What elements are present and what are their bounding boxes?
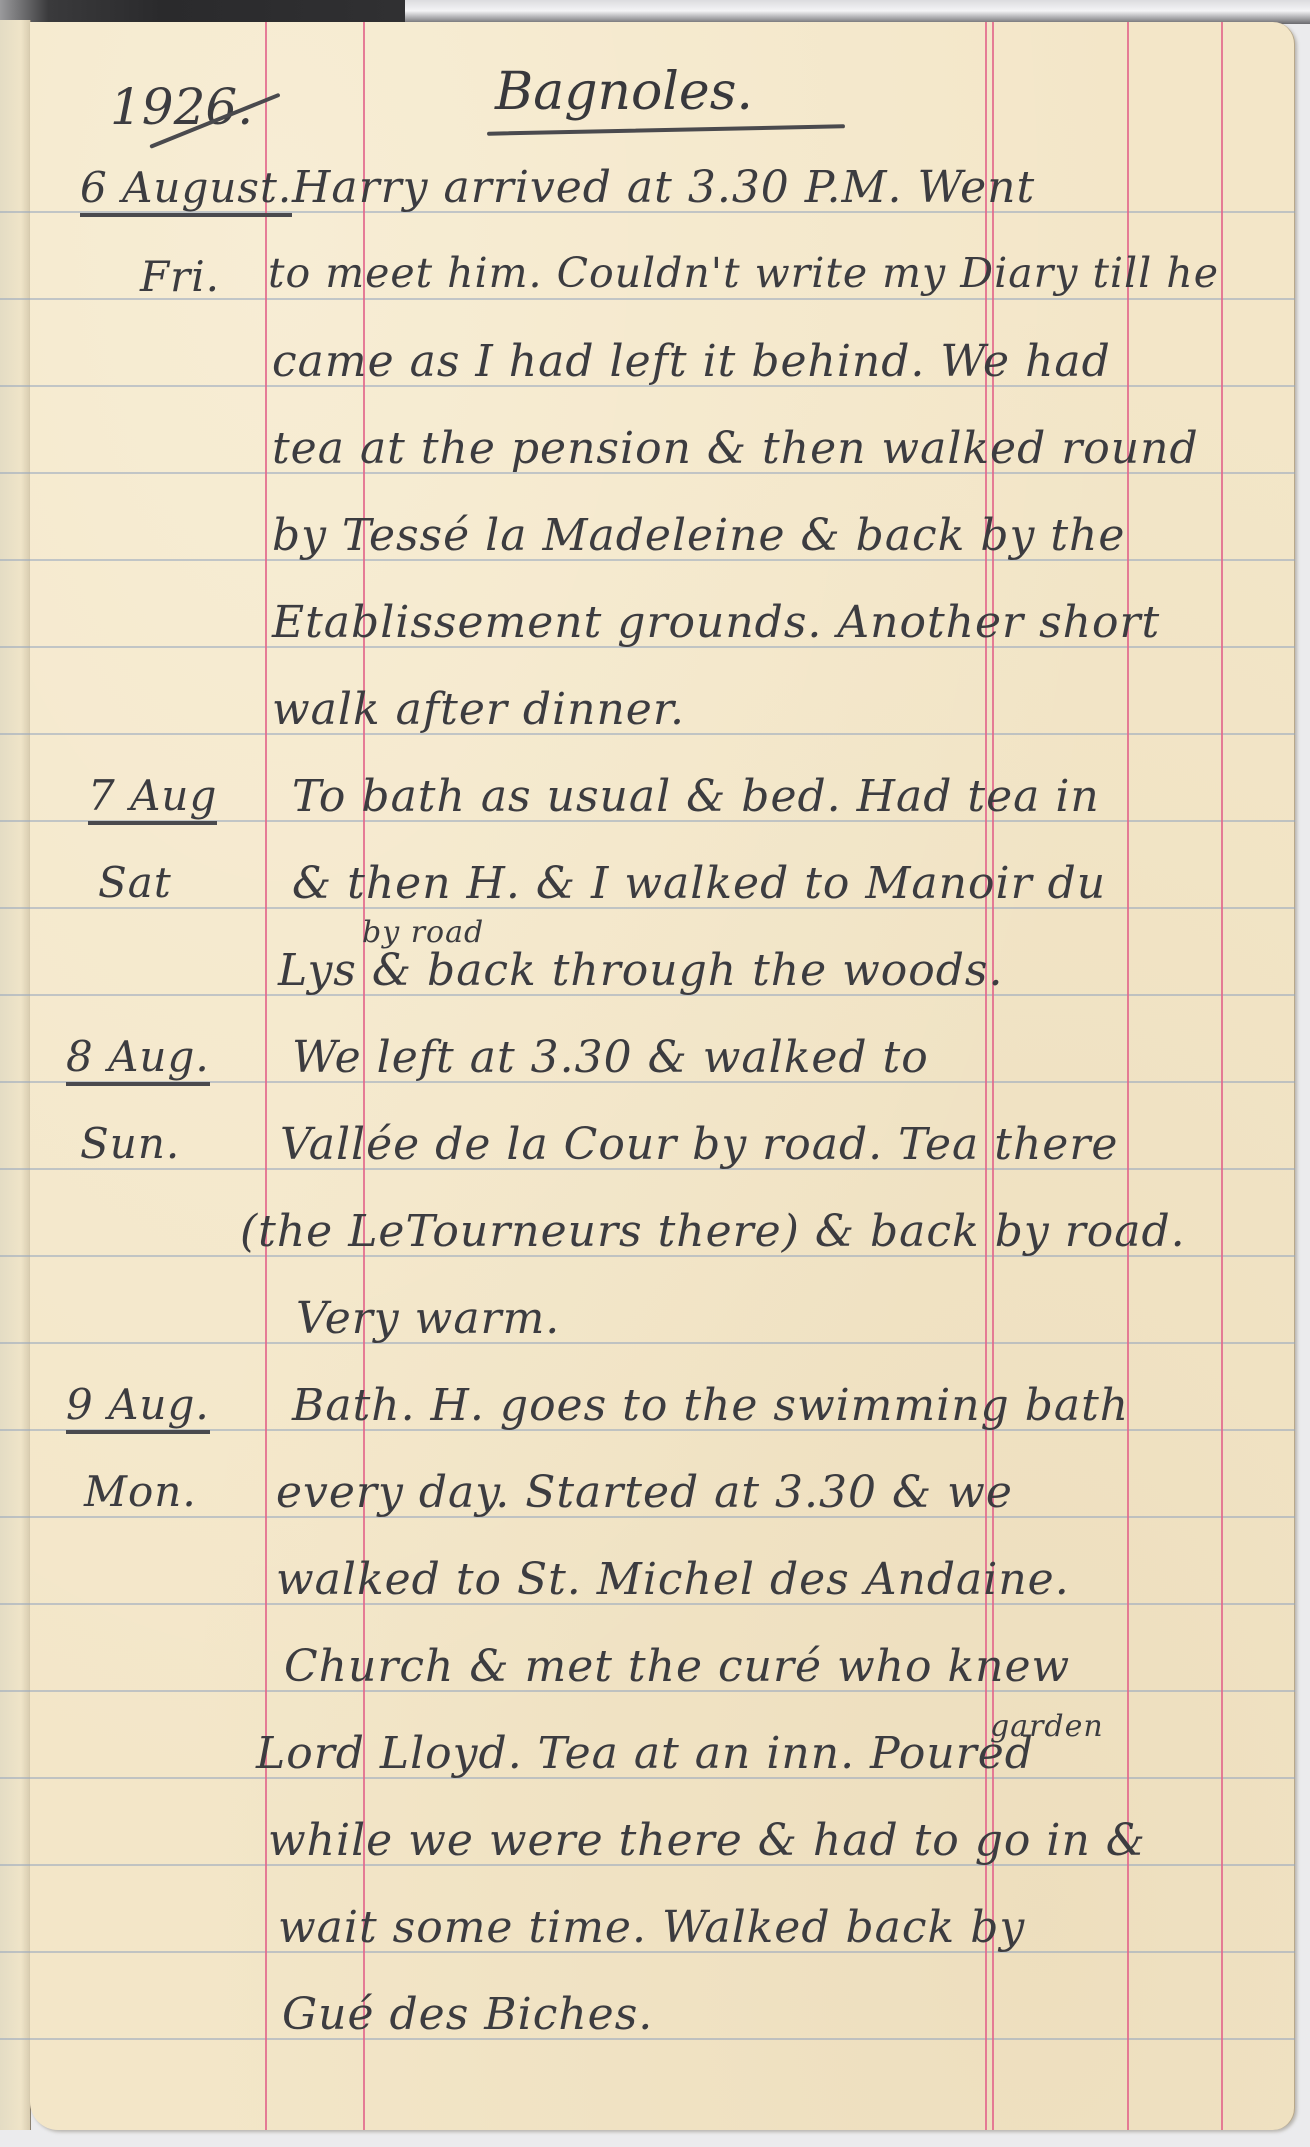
entry-day: Fri. [140,256,220,298]
facing-page-edge [0,20,31,2130]
entry-line: We left at 3.30 & walked to [292,1036,929,1080]
interlinear-insertion: garden [990,1712,1104,1742]
entry-day: Mon. [84,1471,197,1513]
entry-line: walked to St. Michel des Andaine. [276,1558,1070,1602]
entry-line: Gué des Biches. [282,1993,653,2037]
background-shadow-dark [0,0,405,24]
entry-line: tea at the pension & then walked round [272,427,1199,471]
entry-date: 9 Aug. [66,1384,210,1434]
entry-line: To bath as usual & bed. Had tea in [292,775,1100,819]
entry-line: every day. Started at 3.30 & we [276,1471,1013,1515]
margin-rule-right-b [1221,22,1223,2130]
entry-line: Vallée de la Cour by road. Tea there [280,1123,1118,1167]
entry-day: Sat [98,862,172,904]
background-shadow-light [405,0,1310,24]
rule-line [0,1342,1295,1344]
entry-line: to meet him. Couldn't write my Diary til… [268,253,1219,294]
entry-date: 8 Aug. [66,1036,210,1086]
entry-line: Lord Lloyd. Tea at an inn. Poured [256,1732,1034,1776]
entry-line: (the LeTourneurs there) & back by road. [240,1210,1186,1254]
entry-line: came as I had left it behind. We had [272,340,1111,384]
entry-line: while we were there & had to go in & [268,1819,1146,1863]
interlinear-insertion: by road [362,918,484,948]
entry-line: by Tessé la Madeleine & back by the [272,514,1125,558]
margin-rule-right-a [1127,22,1129,2130]
entry-line: walk after dinner. [272,688,685,732]
entry-line: wait some time. Walked back by [278,1906,1025,1950]
year-heading: 1926. [110,78,253,136]
margin-rule-date [265,22,267,2130]
page-title: Bagnoles. [495,62,753,122]
entry-line: & then H. & I walked to Manoir du [292,862,1106,906]
entry-line: Lys & back through the woods. [278,949,1004,993]
entry-date: 7 Aug [88,775,217,825]
entry-line: Harry arrived at 3.30 P.M. Went [292,166,1035,210]
entry-date: 6 August. [80,167,292,217]
entry-day: Sun. [80,1123,180,1165]
entry-line: Very warm. [296,1297,560,1341]
entry-line: Etablissement grounds. Another short [272,601,1160,645]
entry-line: Church & met the curé who knew [284,1645,1070,1689]
entry-line: Bath. H. goes to the swimming bath [292,1384,1129,1428]
